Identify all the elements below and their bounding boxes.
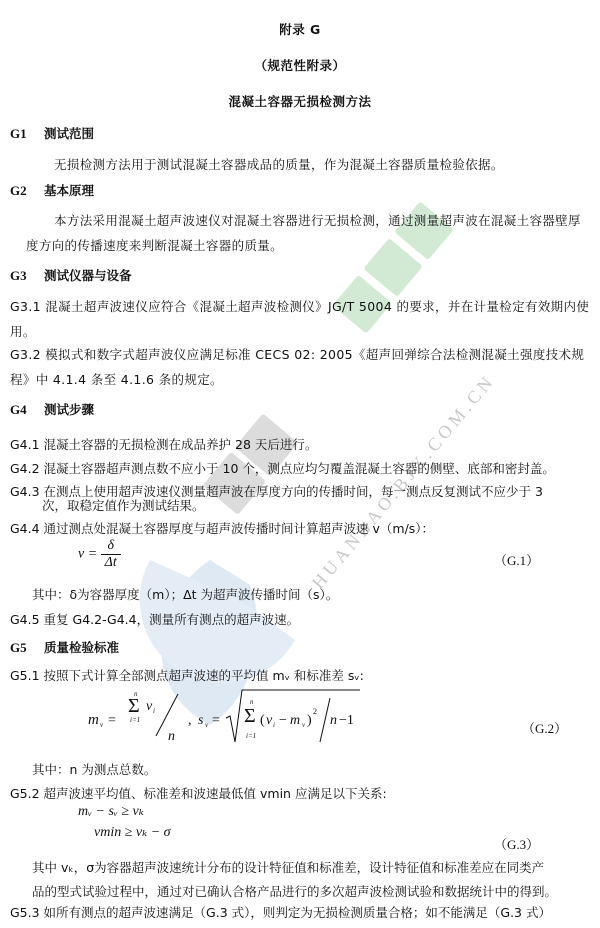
section-number: G1 [10,126,44,142]
equation-denominator: Δt [101,555,121,571]
svg-text:=: = [108,713,116,728]
svg-text:,: , [188,713,192,728]
equation-g3-line2: vmin ≥ vₖ − σ [94,824,171,841]
clause-g3-2: G3.2 模拟式和数字式超声波仪应满足标准 CECS 02: 2005《超声回弹… [10,342,590,392]
equation-number-g2: （G.2） [522,718,567,737]
clause-g4-2: G4.2 混凝土容器超声测点数不应小于 10 个，测点应均匀覆盖混凝土容器的侧壁… [10,459,555,477]
svg-text:): ) [307,713,312,728]
section-number: G4 [10,402,44,418]
svg-text:s: s [198,713,204,728]
svg-text:−1: −1 [339,713,354,728]
equation-number-g3: （G.3） [494,834,539,853]
section-number: G5 [10,640,44,656]
section-title: 测试步骤 [44,402,94,417]
appendix-label: 附录 G [0,20,600,38]
equation-g3-line1: mᵥ − sᵥ ≥ vₖ [78,803,144,820]
appendix-note: （规范性附录） [0,56,600,74]
where-g2: 其中：n 为测点总数。 [32,760,156,778]
section-heading-g5: G5质量检验标准 [10,638,119,656]
svg-text:i: i [153,707,155,715]
section-heading-g3: G3测试仪器与设备 [10,266,132,284]
clause-g5-1: G5.1 按照下式计算全部测点超声波速的平均值 mᵥ 和标准差 sᵥ: [10,666,364,684]
svg-text:n: n [168,729,175,744]
svg-text:v: v [205,721,209,729]
where-g3: 其中 vₖ，σ为容器超声波速统计分布的设计特征值和标准差，设计特征值和标准差应在… [32,858,544,876]
clause-g4-3-cont: 次，取稳定值作为测试结果。 [42,496,205,514]
section-title: 基本原理 [44,183,94,198]
svg-text:n: n [134,690,138,698]
svg-text:Σ: Σ [244,705,256,727]
svg-text:=: = [212,713,220,728]
clause-g3-1: G3.1 混凝土超声波速仪应符合《混凝土超声波检测仪》JG/T 5004 的要求… [10,294,590,344]
section-heading-g2: G2基本原理 [10,181,94,199]
svg-text:v: v [302,721,306,729]
page-title: 混凝土容器无损检测方法 [0,92,600,110]
equation-g2: m v = Σ n i=1 v i n , s v = Σ n i=1 ( v … [70,684,370,748]
section-heading-g4: G4测试步骤 [10,400,94,418]
section-number: G2 [10,183,44,199]
section-title: 质量检验标准 [44,640,119,655]
section-heading-g1: G1测试范围 [10,124,94,142]
svg-text:n: n [250,698,254,706]
section-title: 测试仪器与设备 [44,268,132,283]
clause-g4-1: G4.1 混凝土容器的无损检测在成品养护 28 天后进行。 [10,435,317,453]
clause-g4-4: G4.4 通过测点处混凝土容器厚度与超声波传播时间计算超声波速 v（m/s）： [10,519,434,537]
clause-g5-2: G5.2 超声波速平均值、标准差和波速最低值 vmin 应满足以下关系: [10,784,387,802]
svg-text:v: v [146,699,153,714]
paragraph-g1: 无损检测方法用于测试混凝土容器成品的质量，作为混凝土容器质量检验依据。 [26,152,586,177]
svg-text:2: 2 [313,707,317,716]
svg-text:(: ( [260,713,265,728]
svg-text:n: n [330,713,337,728]
svg-text:m: m [290,713,300,728]
svg-text:−: − [279,713,287,728]
equation-numerator: δ [101,538,121,555]
clause-g4-5: G4.5 重复 G4.2-G4.4，测量所有测点的超声波速。 [10,610,299,628]
equation-lhs: v = [78,547,97,562]
equation-g1: v = δΔt [78,538,121,571]
document-page: HUANBAO.BJX.COM.CN 附录 G （规范性附录） 混凝土容器无损检… [0,0,600,928]
svg-text:i=1: i=1 [130,716,140,724]
svg-text:v: v [266,713,273,728]
where-g1: 其中：δ为容器厚度（m）；Δt 为超声波传播时间（s）。 [32,585,338,603]
svg-text:m: m [88,712,99,728]
clause-g5-3: G5.3 如所有测点的超声波速满足（G.3 式），则判定为无损检测质量合格；如不… [10,903,551,921]
section-number: G3 [10,268,44,284]
equation-number-g1: （G.1） [494,550,539,569]
paragraph-g2: 本方法采用混凝土超声波速仪对混凝土容器进行无损检测，通过测量超声波在混凝土容器壁… [26,208,586,258]
section-title: 测试范围 [44,126,94,141]
svg-text:i=1: i=1 [246,732,256,740]
svg-text:i: i [273,721,275,729]
where-g3-cont: 品的型式试验过程中，通过对已确认合格产品进行的多次超声波检测试验和数据统计中的得… [32,882,557,900]
svg-text:v: v [100,721,104,729]
svg-text:Σ: Σ [128,695,140,717]
